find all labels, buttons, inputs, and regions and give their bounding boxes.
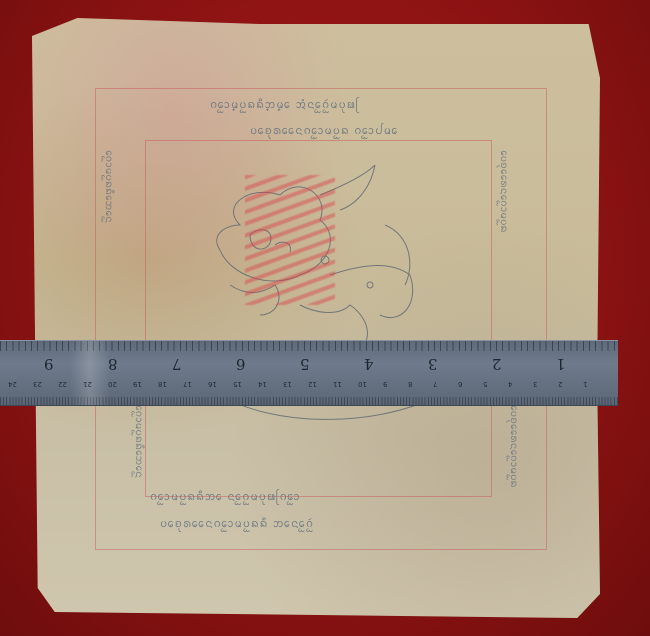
ruler-inch-8: 8 (108, 355, 118, 373)
ruler-cm-label: 23 (33, 380, 42, 388)
right-inscription-column: ᨷᩮᨧᩩᩁᩯᨶᨣᩮᩬᩣᨾᨷᩬᨦ (495, 150, 511, 330)
ruler-cm-label: 1 (583, 380, 587, 388)
ruler-cm-label: 10 (358, 380, 367, 388)
ruler-cm-label: 16 (208, 380, 217, 388)
ruler-cm-label: 4 (508, 380, 512, 388)
left-inscription-column: ᨣᩮᩬᩣᨾᨷᩬᨦᨦᩧᨽᩮᨶᩮᩬ (100, 150, 116, 330)
ruler-inch-1: 1 (556, 355, 566, 373)
ruler-cm-label: 18 (158, 380, 167, 388)
ruler-inch-5: 5 (300, 355, 310, 373)
ruler-cm-label: 12 (308, 380, 317, 388)
lower-left-inscription-column: ᨣᩮᩬᩣᨾᨷᩬᨦᨦᩧᨽᩮᨶᩮᩬ (130, 405, 146, 495)
ruler-cm-label: 24 (8, 380, 17, 388)
ruler-inch-4: 4 (364, 355, 374, 373)
top-inscription-1: ᨣᩮᩬᩣ᩠ᨾᨷᩬᨦᨦᩧ᩠ᨽ᩠ᨾᩮ ᩋᩴᨶᩮᩬᨣᩬᩢᨾᨷᩩᨹᩕ (210, 96, 359, 114)
ruler-cm-label: 17 (183, 380, 192, 388)
ruler-inch-6: 6 (236, 355, 246, 373)
ruler-cm-label: 14 (258, 380, 267, 388)
ruler-cm-label: 7 (433, 380, 437, 388)
ruler-cm-label: 13 (283, 380, 292, 388)
top-inscription-2: ᨷᩮᨧᩩᩁᩯᨶᨣᩮᩬᩣᨾᨷᩬᨦ ᨣᩮᩬᩣᨸᨾᩮ (250, 122, 399, 140)
ruler-cm-label: 22 (58, 380, 67, 388)
ruler-glare (70, 341, 110, 405)
bottom-inscription-2: ᨷᩮᨧᩩᩁᩯᨶᨣᩮᩬᩣᨾᨷᩬᨦᨦᩧ ᨽᩮᨶᩮᩬᨣᩬᩢ (160, 515, 314, 533)
steel-ruler: 9 8 7 6 5 4 3 2 1 24 23 22 21 20 19 18 1… (0, 340, 618, 406)
ruler-cm-label: 2 (558, 380, 562, 388)
ruler-cm-label: 6 (458, 380, 462, 388)
ruler-inch-3: 3 (428, 355, 438, 373)
ruler-cm-label: 11 (333, 380, 342, 388)
red-stamp-marks (245, 175, 335, 305)
ruler-inch-9: 9 (44, 355, 54, 373)
ruler-cm-label: 8 (408, 380, 412, 388)
ruler-cm-label: 19 (133, 380, 142, 388)
ruler-cm-label: 21 (83, 380, 92, 388)
lower-right-inscription-column: ᨷᩮᨧᩩᩁᩯᨶᨣᩮᩬᩣᨾᨷᩬᨦ (505, 405, 521, 495)
ruler-cm-label: 5 (483, 380, 487, 388)
ruler-inch-2: 2 (492, 355, 502, 373)
ruler-cm-label: 9 (383, 380, 387, 388)
ruler-cm-label: 20 (108, 380, 117, 388)
ruler-inch-7: 7 (172, 355, 182, 373)
ruler-cm-label: 3 (533, 380, 537, 388)
bottom-inscription-1: ᨣᩮᩬᩣᨾᨷᩬᨦᨦᩧᨽᩮ ᨶᩮᩬᨣᩬᨾᨷᩩᨹᩕᨣᩮᩬᩣ (150, 488, 301, 506)
ruler-cm-label: 15 (233, 380, 242, 388)
